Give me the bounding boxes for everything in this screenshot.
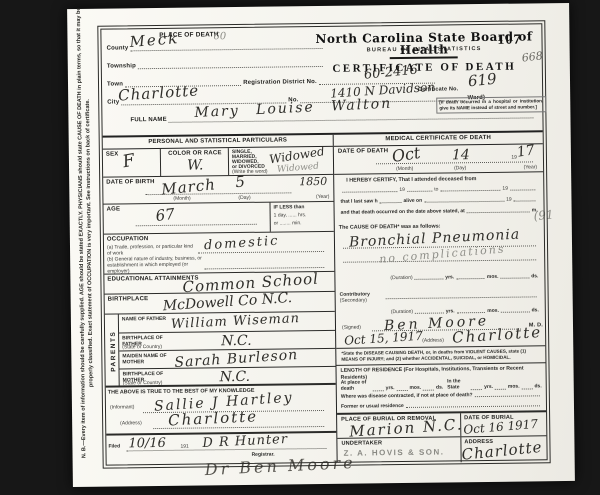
dotted-line xyxy=(475,395,540,398)
year-19: 19 xyxy=(502,186,508,192)
birthplace-row: BIRTHPLACE McDowell Co N.C. xyxy=(105,291,335,314)
death-occurred-line: and that death occurred on the date abov… xyxy=(341,207,538,216)
township-line: Township xyxy=(107,61,325,71)
year-caption: (Year) xyxy=(524,164,538,170)
age-line xyxy=(134,223,259,228)
registration-district-label: Registration District No. xyxy=(243,79,317,87)
year-19: 19 xyxy=(506,197,512,203)
dotted-line xyxy=(380,201,402,203)
filed-label: Filed xyxy=(108,443,120,449)
certify-row: I HEREBY CERTIFY, That I attended deceas… xyxy=(334,171,544,223)
dotted-line xyxy=(415,312,444,314)
date-of-birth-label: DATE OF BIRTH xyxy=(106,179,155,186)
marital-status-cell: SINGLE, MARRIED, WIDOWED, or DIVORCED (W… xyxy=(228,147,333,175)
informant-address-value: Charlotte xyxy=(168,409,259,428)
dotted-line xyxy=(510,188,535,190)
dotted-line xyxy=(407,190,432,192)
death-year-value: 17 xyxy=(516,143,536,160)
residence-duration-line: At place of death yrs. mos. ds. In the S… xyxy=(341,377,542,392)
dotted-line xyxy=(514,200,536,202)
year-19: 19 xyxy=(399,187,405,193)
cause-duration-line: (Duration) yrs. mos. ds. xyxy=(390,273,538,281)
signed-date-value: Oct 15, 1917 xyxy=(344,330,423,347)
undertaker-stamp: Z. A. HOVIS & SON. xyxy=(344,449,445,458)
certificate-no-label: Certificate No. xyxy=(418,86,458,93)
age-row: AGE 67 IF LESS than 1 day, ...... hrs. o… xyxy=(103,201,333,234)
form-header: PLACE OF DEATH County 60 Meck Township T… xyxy=(101,24,542,135)
yrs-label: yrs. xyxy=(386,385,395,391)
m-label: m. xyxy=(532,207,538,213)
full-name-label: FULL NAME xyxy=(130,117,166,124)
township-label: Township xyxy=(107,63,136,70)
signed-row: (Signed) Ben Moore M. D. Oct 15, 1917 (A… xyxy=(336,315,545,348)
dotted-line xyxy=(495,387,506,389)
parents-row: PARENTS NAME OF FATHER William Wiseman B… xyxy=(105,311,336,386)
cause-of-death-row: The CAUSE OF DEATH* was as follows: Bron… xyxy=(335,220,545,290)
contracted-label: Where was disease contracted, if not at … xyxy=(341,392,473,400)
signed-address-label: (Address) xyxy=(422,338,444,344)
burial-row: PLACE OF BURIAL OR REMOVAL Marion N.C. D… xyxy=(337,410,546,438)
certify-statement: I HEREBY CERTIFY, That I attended deceas… xyxy=(346,176,476,184)
margin-instructions: N. B.—Every item of information should b… xyxy=(75,28,97,458)
dotted-line xyxy=(467,211,530,214)
personal-column: SEX F COLOR OR RACE W. SINGLE, MARRIED, … xyxy=(103,147,337,465)
duration-label: (Duration) xyxy=(391,309,413,315)
undertaker-cell: UNDERTAKER Z. A. HOVIS & SON. xyxy=(337,437,460,464)
mos-label: mos. xyxy=(409,385,421,391)
father-birthplace-value: N.C. xyxy=(221,334,252,348)
death-month-value: Oct xyxy=(391,145,422,165)
occupation-a-label: (a) Trade, profession, or particular kin… xyxy=(107,244,195,257)
medical-section-title: MEDICAL CERTIFICATE OF DEATH xyxy=(385,135,491,143)
mos-label: mos. xyxy=(487,274,499,280)
birthplace-label: BIRTHPLACE xyxy=(108,296,149,303)
if-less-cell: IF LESS than 1 day, ...... hrs. or .....… xyxy=(269,202,333,232)
dotted-line xyxy=(136,223,257,226)
registrar-label: Registrar. xyxy=(252,452,275,459)
parents-side-label-cell: PARENTS xyxy=(105,314,119,385)
sex-color-marital-row: SEX F COLOR OR RACE W. SINGLE, MARRIED, … xyxy=(103,147,333,177)
certificate-paper: N. B.—Every item of information should b… xyxy=(67,3,575,487)
age-cell: AGE 67 xyxy=(103,203,269,234)
mother-birthplace-value: N.C. xyxy=(220,370,251,384)
signed-label: (Signed) xyxy=(342,325,361,331)
dotted-line xyxy=(424,200,504,203)
sex-value: F xyxy=(121,152,136,171)
signed-address-value: Charlotte xyxy=(452,325,543,346)
filed-row: Filed 10/16 191 D R Hunter Registrar. xyxy=(106,431,336,467)
dotted-line xyxy=(456,277,485,279)
month-caption: (Month) xyxy=(396,166,413,172)
if-less-line2: 1 day, ...... hrs. xyxy=(274,212,307,218)
last-saw-line: that I last saw h alive on 19 xyxy=(340,196,537,205)
day-caption: (Day) xyxy=(454,165,466,171)
death-year-prefix: 19 xyxy=(511,155,517,161)
undertaker-row: UNDERTAKER Z. A. HOVIS & SON. ADDRESS Ch… xyxy=(337,435,546,464)
burial-place-cell: PLACE OF BURIAL OR REMOVAL Marion N.C. xyxy=(337,413,460,438)
hospital-note: [If death occurred in a hospital or inst… xyxy=(436,96,546,114)
duration-label: (Duration) xyxy=(390,275,412,281)
dotted-line xyxy=(373,389,384,391)
certificate-title: CERTIFICATE OF DEATH xyxy=(307,61,542,75)
yrs-label: yrs. xyxy=(445,274,454,280)
personal-section-title: PERSONAL AND STATISTICAL PARTICULARS xyxy=(148,137,287,146)
date-of-death-row: DATE OF DEATH Oct 14 19 17 (Month) (Day)… xyxy=(334,144,543,174)
dotted-line xyxy=(471,388,482,390)
sex-label: SEX xyxy=(106,151,119,158)
age-label: AGE xyxy=(107,206,121,213)
date-of-death-label: DATE OF DEATH xyxy=(338,148,388,156)
dotted-line xyxy=(204,266,324,269)
contracted-line: Where was disease contracted, if not at … xyxy=(341,391,542,400)
in-state-label: In the State xyxy=(447,378,469,391)
age-value: 67 xyxy=(155,207,176,224)
mos-label: mos. xyxy=(508,384,520,390)
form-columns: SEX F COLOR OR RACE W. SINGLE, MARRIED, … xyxy=(103,144,547,464)
color-race-value: W. xyxy=(187,158,204,172)
dob-year-value: 1850 xyxy=(299,176,327,187)
burial-date-cell: DATE OF BURIAL Oct 16 1917 xyxy=(460,412,546,436)
certify-dates-line: 19 to 19 xyxy=(340,185,537,193)
scanned-death-certificate: N. B.—Every item of information should b… xyxy=(0,0,600,495)
at-place-label: At place of death xyxy=(341,379,371,392)
contributory-line xyxy=(384,295,539,300)
county-value: Meck xyxy=(129,31,180,50)
dotted-line xyxy=(386,295,537,299)
former-residence-label: Former or usual residence xyxy=(341,403,404,410)
contributory-row: Contributory (Secondary) (Duration) yrs.… xyxy=(336,287,545,318)
dotted-line xyxy=(397,388,408,390)
parents-label: PARENTS xyxy=(110,331,118,372)
death-day-value: 14 xyxy=(452,148,470,162)
dotted-line xyxy=(501,311,530,313)
attestation-row: THE ABOVE IS TRUE TO THE BEST OF MY KNOW… xyxy=(106,383,337,434)
day-caption: (Day) xyxy=(238,195,250,201)
county-label: County xyxy=(107,45,129,52)
dotted-line xyxy=(501,277,530,279)
ds-label: ds. xyxy=(532,307,539,313)
dotted-line xyxy=(522,387,533,389)
secondary-label: (Secondary) xyxy=(340,297,367,303)
if-less-line1: IF LESS than xyxy=(274,204,305,211)
certificate-form: PLACE OF DEATH County 60 Meck Township T… xyxy=(100,23,547,465)
parents-fields-cell: NAME OF FATHER William Wiseman BIRTHPLAC… xyxy=(118,312,336,386)
registrar-signature: D R Hunter xyxy=(202,433,288,450)
ds-label: ds. xyxy=(531,273,538,279)
pencil-file-number: 668 xyxy=(521,50,543,63)
residence-row: LENGTH OF RESIDENCE (For Hospitals, Inst… xyxy=(336,362,546,413)
to-label: to xyxy=(434,187,438,193)
if-less-line3: or ........ min. xyxy=(274,220,302,226)
occupation-label: OCCUPATION xyxy=(107,236,149,243)
mother-name-label: MAIDEN NAME OF MOTHER xyxy=(122,353,174,366)
year-caption: (Year) xyxy=(316,194,330,200)
alive-on-label: alive on xyxy=(403,198,422,204)
certificate-no-value: 619 xyxy=(467,72,497,90)
dotted-line xyxy=(415,278,444,280)
month-caption: (Month) xyxy=(173,196,190,202)
mos-label: mos. xyxy=(487,308,499,314)
death-occurred-label: and that death occurred on the date abov… xyxy=(341,208,465,216)
date-of-birth-row: DATE OF BIRTH March 5 1850 (Month) (Day)… xyxy=(103,174,333,204)
color-race-cell: COLOR OR RACE W. xyxy=(160,148,228,176)
yrs-label: yrs. xyxy=(484,384,493,390)
dotted-line xyxy=(423,388,434,390)
sex-cell: SEX F xyxy=(103,149,160,177)
informant-address-label: (Address) xyxy=(120,420,142,426)
undertaker-label: UNDERTAKER xyxy=(341,440,382,447)
dotted-line xyxy=(440,189,500,192)
undertaker-address-cell: ADDRESS Charlotte xyxy=(460,436,546,462)
education-row: EDUCATIONAL ATTAINMENTS Common School xyxy=(104,271,334,294)
dotted-line xyxy=(406,405,540,409)
former-residence-line: Former or usual residence xyxy=(341,401,542,410)
birthplace-value: McDowell Co N.C. xyxy=(162,291,292,313)
title-rule xyxy=(390,56,458,59)
occupation-row: OCCUPATION (a) Trade, profession, or par… xyxy=(104,231,334,274)
file-number: 107 xyxy=(497,34,521,48)
informant-label: (Informant) xyxy=(110,404,135,410)
county-pencil-code: 60 xyxy=(213,32,226,42)
dotted-line xyxy=(342,190,397,193)
father-name-value: William Wiseman xyxy=(171,312,301,331)
ds-label: ds. xyxy=(534,384,541,390)
last-saw-prefix: that I last saw h xyxy=(340,198,377,205)
medical-column: DATE OF DEATH Oct 14 19 17 (Month) (Day)… xyxy=(333,144,547,462)
father-name-label: NAME OF FATHER xyxy=(122,316,174,323)
dotted-line xyxy=(138,65,323,69)
ds-label: ds. xyxy=(436,385,443,391)
